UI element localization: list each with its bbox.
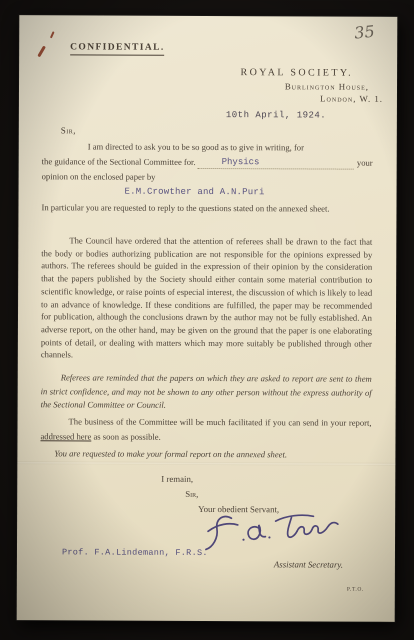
business-paragraph: The business of the Committee will be mu… (40, 414, 371, 444)
classification-label: CONFIDENTIAL. (70, 42, 165, 55)
intro-line2-before: the guidance of the Sectional Committee … (42, 154, 196, 170)
signature-handwriting (201, 505, 343, 556)
letterhead-organization: ROYAL SOCIETY. (241, 67, 354, 78)
confidence-notice-paragraph: Referees are reminded that the papers on… (41, 371, 372, 413)
closing-line2: Sir, (185, 489, 198, 499)
paper-authors-typed: E.M.Crowther and A.N.Puri (42, 184, 373, 200)
formal-report-note: You are requested to make your formal re… (54, 448, 287, 459)
letter-date: 10th April, 1924. (226, 110, 326, 120)
intro-line2-after: your (357, 156, 373, 171)
closing-line1: I remain, (161, 474, 193, 484)
letterhead-address-line2: London, W. 1. (320, 93, 383, 103)
intro-line2: the guidance of the Sectional Committee … (42, 154, 373, 170)
business-underlined-phrase: addressed here (40, 431, 91, 441)
letter-paper: 35 CONFIDENTIAL. ROYAL SOCIETY. Burlingt… (17, 15, 398, 622)
council-notice-paragraph: The Council have ordered that the attent… (41, 234, 373, 362)
business-before: The business of the Committee will be mu… (69, 416, 372, 427)
committee-name-typed: Physics (222, 157, 260, 167)
pencil-archive-number: 35 (353, 22, 375, 43)
business-after: as soon as possible. (91, 431, 161, 441)
paper-crease (17, 461, 395, 466)
page-turn-note: P.T.O. (347, 587, 364, 593)
red-pen-mark-small (50, 31, 55, 38)
salutation: Sir, (61, 125, 76, 135)
intro-line3: opinion on the enclosed paper by (42, 169, 373, 185)
addressee: Prof. F.A.Lindemann, F.R.S. (62, 547, 208, 558)
intro-line1: I am directed to ask you to be so good a… (42, 139, 373, 155)
photo-of-letter: { "photo": { "backdrop_color": "#14110f"… (0, 0, 414, 640)
intro-paragraph: I am directed to ask you to be so good a… (42, 139, 373, 200)
red-pen-mark (37, 45, 45, 57)
letterhead-address-line1: Burlington House, (285, 81, 369, 91)
committee-fill-in-line: Physics (198, 155, 354, 170)
signature-title: Assistant Secretary. (274, 559, 343, 569)
request-paragraph: In particular you are requested to reply… (41, 200, 372, 216)
